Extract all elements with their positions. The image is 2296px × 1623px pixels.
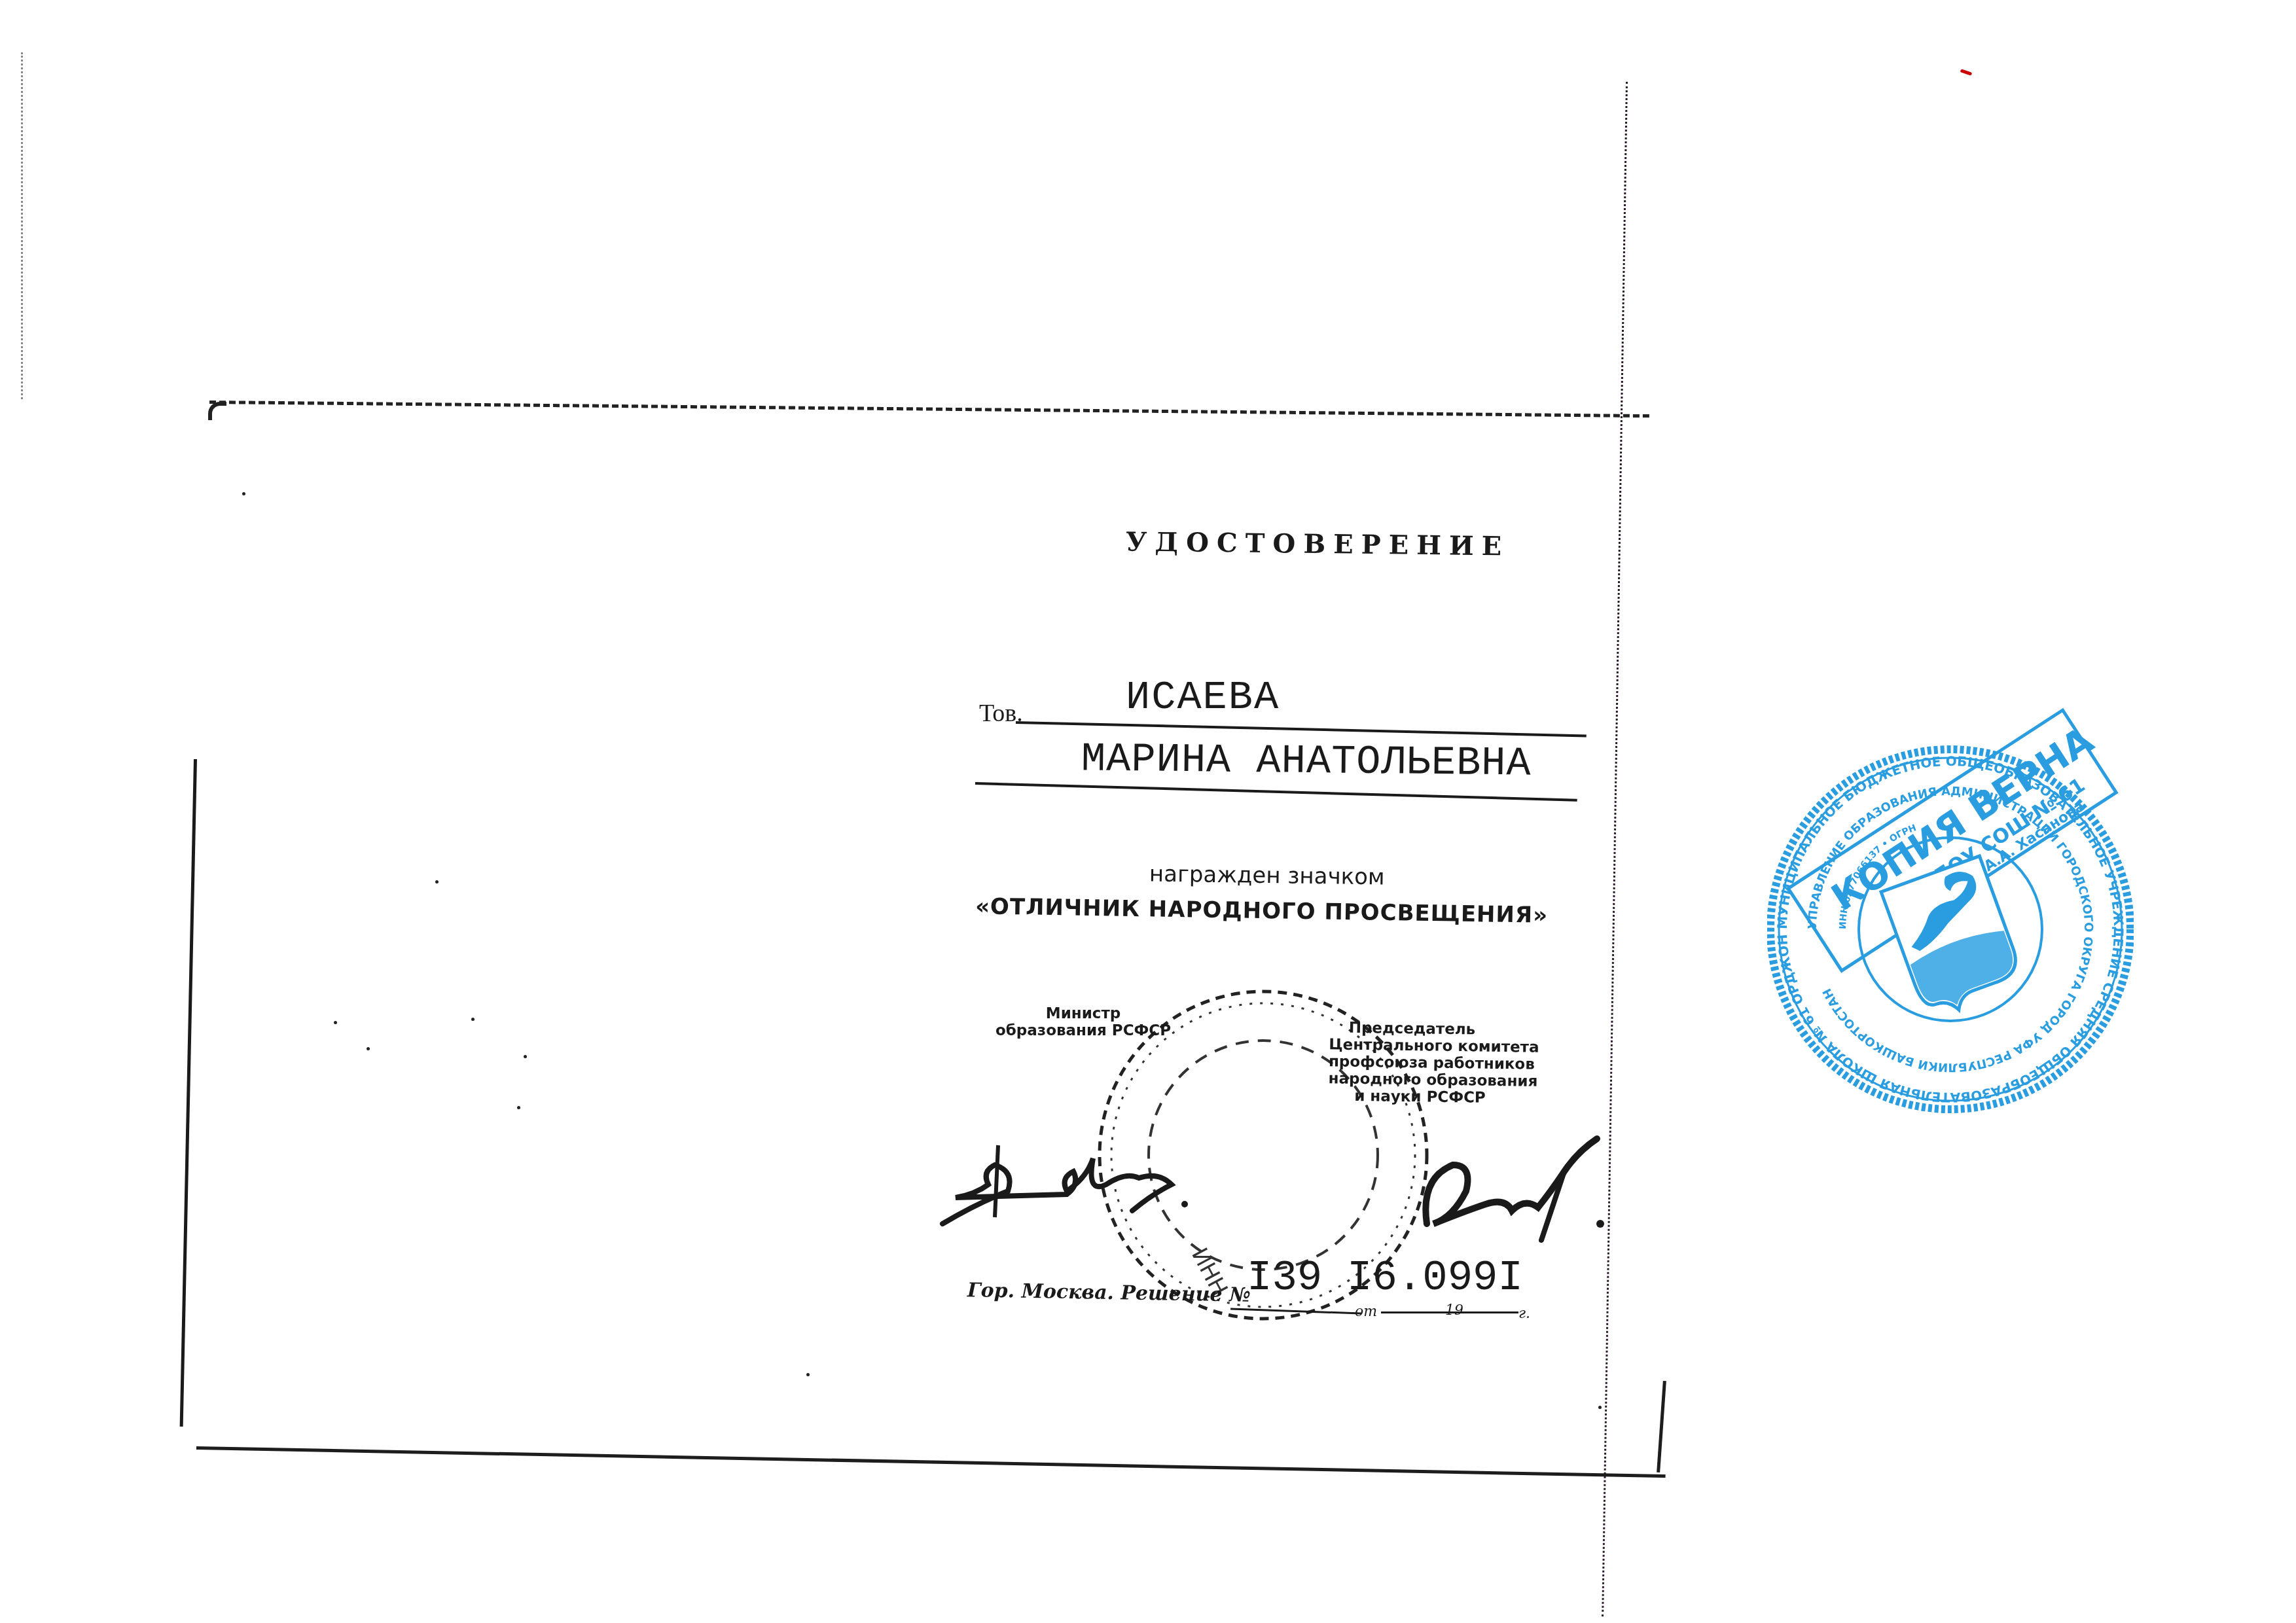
decision-place-label: Гор. Москва. Решение № [967, 1279, 1251, 1307]
recipient-given-names: МАРИНА АНАТОЛЬЕВНА [1081, 736, 1532, 787]
signature-chairman [1414, 1132, 1610, 1243]
red-mark [1960, 69, 1973, 75]
minister-title: Министр образования РСФСР [975, 1005, 1191, 1039]
document-title: УДОСТОВЕРЕНИЕ [1126, 526, 1510, 562]
scan-edge-marks [21, 52, 23, 399]
surname-underline [1016, 721, 1587, 738]
card-bottom-edge [196, 1446, 1666, 1478]
card-top-edge [209, 401, 1649, 418]
award-intro: награжден значком [1149, 861, 1385, 890]
decision-from-label: от [1355, 1304, 1377, 1320]
dust-speck [471, 1018, 475, 1021]
certified-copy-stamp: КОПИЯ ВЕРНА МБОУ СОШ № 61 А.А. Хасанова … [1767, 707, 2134, 1126]
dust-speck [806, 1373, 810, 1376]
page-fold-line [1602, 82, 1628, 1616]
dust-speck [1598, 1406, 1602, 1409]
card-corner [208, 402, 226, 420]
dust-speck [517, 1106, 520, 1109]
dust-speck [435, 880, 439, 883]
recipient-surname: ИСАЕВА [1126, 674, 1280, 721]
chairman-title: Председатель Центрального комитета профс… [1328, 1019, 1578, 1107]
dust-speck [524, 1055, 527, 1058]
decision-year: 9I [1473, 1255, 1523, 1302]
signature-minister [936, 1132, 1211, 1230]
decision-number: I39 [1247, 1255, 1322, 1302]
card-left-edge [180, 759, 197, 1427]
decision-date: I6.09 [1347, 1255, 1473, 1302]
dust-speck [242, 492, 245, 495]
award-name: «ОТЛИЧНИК НАРОДНОГО ПРОСВЕЩЕНИЯ» [975, 893, 1549, 929]
dust-speck [334, 1021, 337, 1024]
dust-speck [367, 1047, 370, 1050]
card-right-edge [1657, 1381, 1666, 1472]
decision-year-prefix: 19 [1445, 1302, 1463, 1319]
decision-year-suffix: г. [1518, 1306, 1530, 1322]
